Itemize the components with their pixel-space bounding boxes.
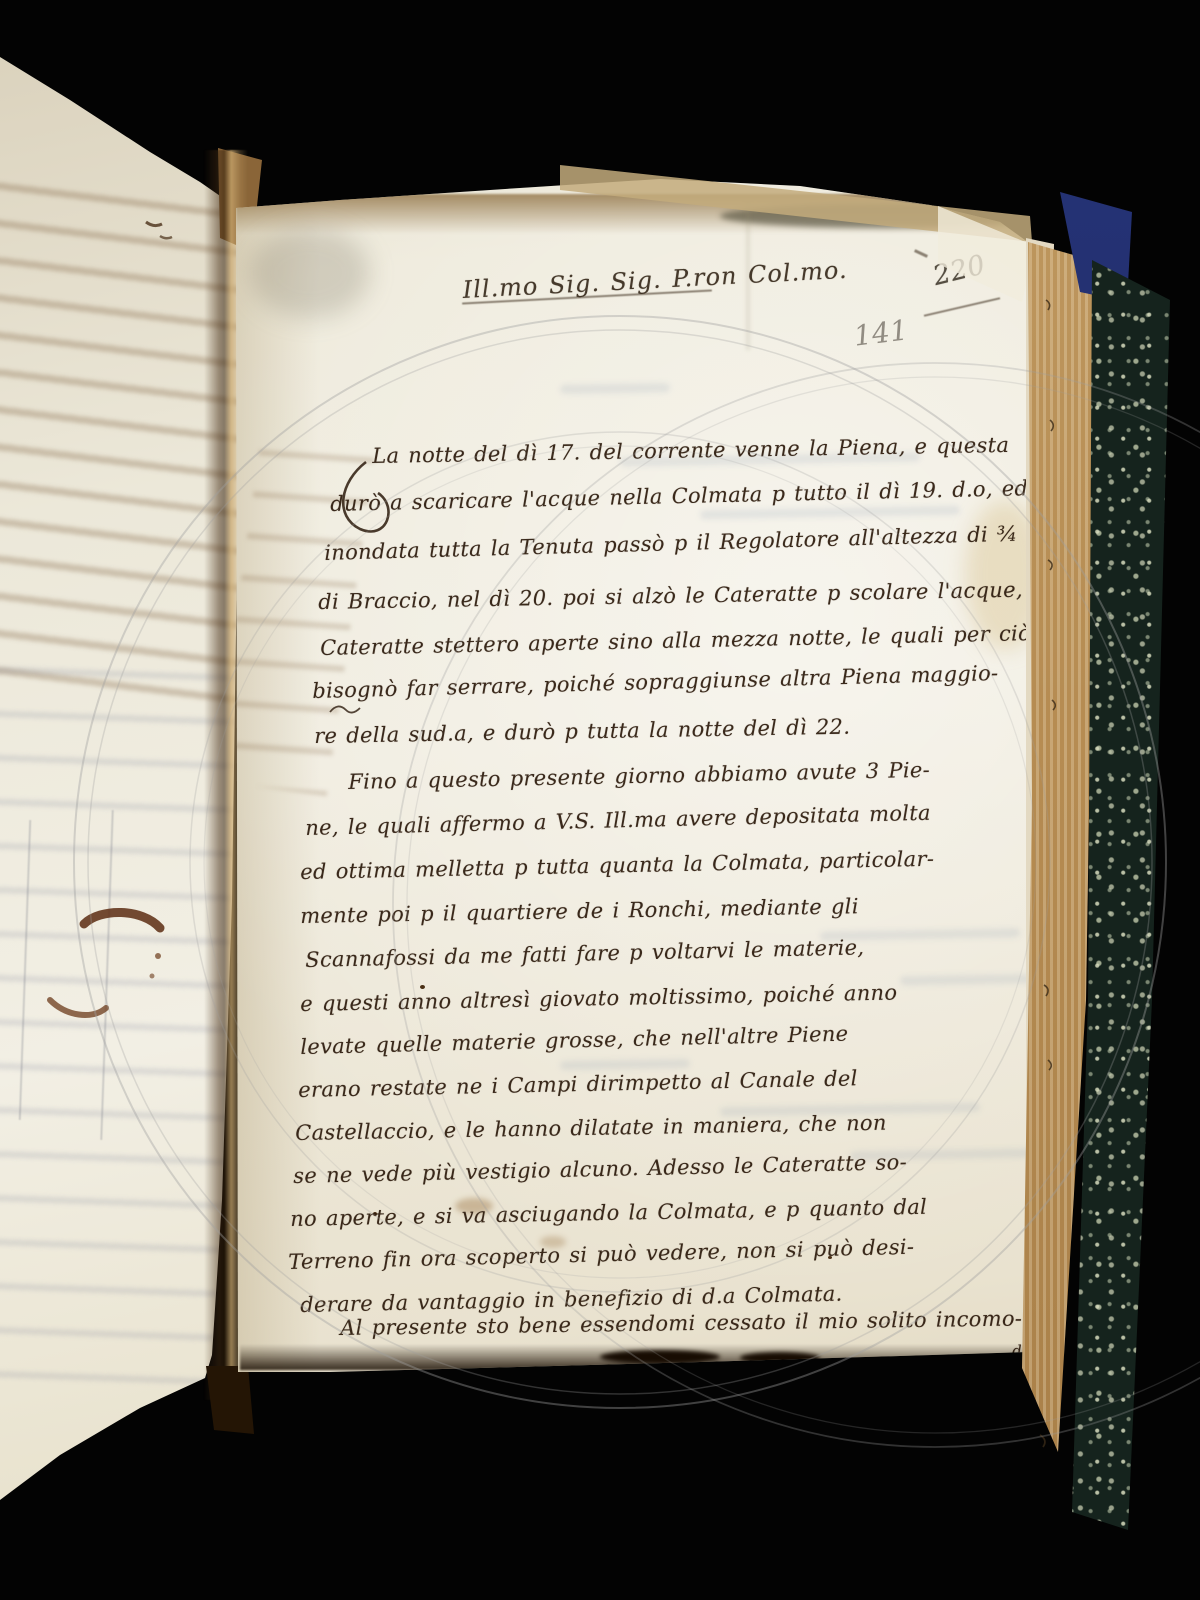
manuscript-line: mente poi p il quartiere de i Ronchi, me… xyxy=(300,894,859,928)
manuscript-line: Castellaccio, e le hanno dilatate in man… xyxy=(295,1111,887,1145)
manuscript-line: erano restate ne i Campi dirimpetto al C… xyxy=(298,1066,858,1102)
manuscript-line: no aperte, e si va asciugando la Colmata… xyxy=(290,1195,927,1231)
manuscript-line: levate quelle materie grosse, che nell'a… xyxy=(300,1022,849,1059)
manuscript-line: Cateratte stettero aperte sino alla mezz… xyxy=(320,621,1031,660)
manuscript-line: Terreno fin ora scoperto si può vedere, … xyxy=(288,1235,914,1274)
bleedthrough-stroke xyxy=(700,506,960,520)
manuscript-line: e questi anno altresì giovato moltissimo… xyxy=(300,981,898,1016)
folio-dash-mark xyxy=(914,249,928,258)
manuscript-photo: Ill.mo Sig. Sig. P.ron Col.mo. 220 141 L… xyxy=(0,0,1200,1600)
manuscript-line: bisognò far serrare, poiché sopraggiunse… xyxy=(312,661,999,703)
folio-underline xyxy=(924,297,1000,316)
folio-number-pencil: 141 xyxy=(852,313,910,352)
burnt-blob xyxy=(740,1352,820,1364)
bleedthrough-stroke xyxy=(560,383,670,394)
manuscript-line: re della sud.a, e durò p tutta la notte … xyxy=(314,715,850,748)
salutation-line: Ill.mo Sig. Sig. P.ron Col.mo. xyxy=(462,256,848,304)
paper-stain xyxy=(250,228,370,318)
manuscript-line: Scannafossi da me fatti fare p voltarvi … xyxy=(305,935,865,972)
manuscript-line: ed ottima melletta p tutta quanta la Col… xyxy=(300,847,934,884)
ink-speck xyxy=(420,985,425,989)
bleedthrough-stroke xyxy=(560,1059,690,1070)
manuscript-line: se ne vede più vestigio alcuno. Adesso l… xyxy=(293,1150,907,1188)
manuscript-line: inondata tutta la Tenuta passò p il Rego… xyxy=(324,522,1018,565)
manuscript-line: ne, le quali affermo a V.S. Ill.ma avere… xyxy=(305,801,931,840)
manuscript-line: Fino a questo presente giorno abbiamo av… xyxy=(348,758,930,794)
burnt-blob xyxy=(600,1350,720,1364)
